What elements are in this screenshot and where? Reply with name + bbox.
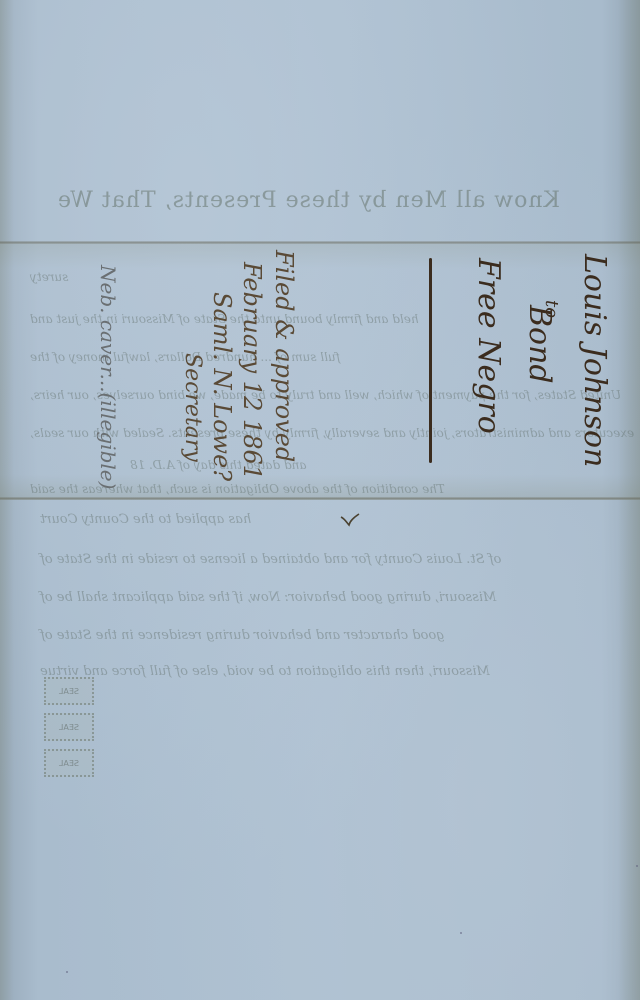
paper-speck: [636, 865, 638, 867]
bleed-through-heading: Know all Men by these Presents, That We: [40, 188, 560, 228]
endorsement-name: Louis Johnson: [577, 254, 612, 467]
flourish-rule: [429, 258, 432, 463]
fold-crease-bottom: [0, 497, 640, 500]
filing-note: Filed & approved: [270, 250, 298, 462]
document-sheet: Know all Men by these Presents, That We …: [0, 0, 640, 1000]
paper-speck: [460, 932, 462, 934]
paper-edge-right: [618, 0, 640, 1000]
paper-edge-left: [0, 0, 14, 1000]
bleed-line: The condition of the above Obligation is…: [30, 482, 445, 496]
filing-title: Secretary: [180, 353, 205, 462]
endorsement-status: Free Negro: [471, 258, 506, 434]
fold-crease-top: [0, 241, 640, 244]
paper-speck: [66, 971, 68, 973]
seal-stamp: SEAL: [44, 713, 94, 741]
ink-mark-icon: [340, 513, 360, 527]
bleed-line: good character and behavior during resid…: [40, 628, 445, 643]
seal-stamp: SEAL: [44, 677, 94, 705]
docket-note: Neb. caver...(illegible): [96, 265, 120, 489]
bleed-line: surety: [30, 270, 68, 284]
bleed-line: Missouri, then this obligation to be voi…: [40, 664, 490, 679]
seal-stamp: SEAL: [44, 749, 94, 777]
filing-signature: Saml. N. Lowe?: [208, 292, 236, 481]
bleed-line: executors and administrators, jointly an…: [30, 426, 634, 440]
bleed-line: of St. Louis County for and obtained a l…: [40, 552, 501, 567]
filing-date: February 12 1861: [238, 262, 266, 480]
bleed-line: has applied to the County Court: [40, 512, 251, 527]
bleed-line: Missouri, during good behavior: Now, if …: [40, 590, 496, 605]
endorsement-bond: Bond: [522, 305, 557, 384]
